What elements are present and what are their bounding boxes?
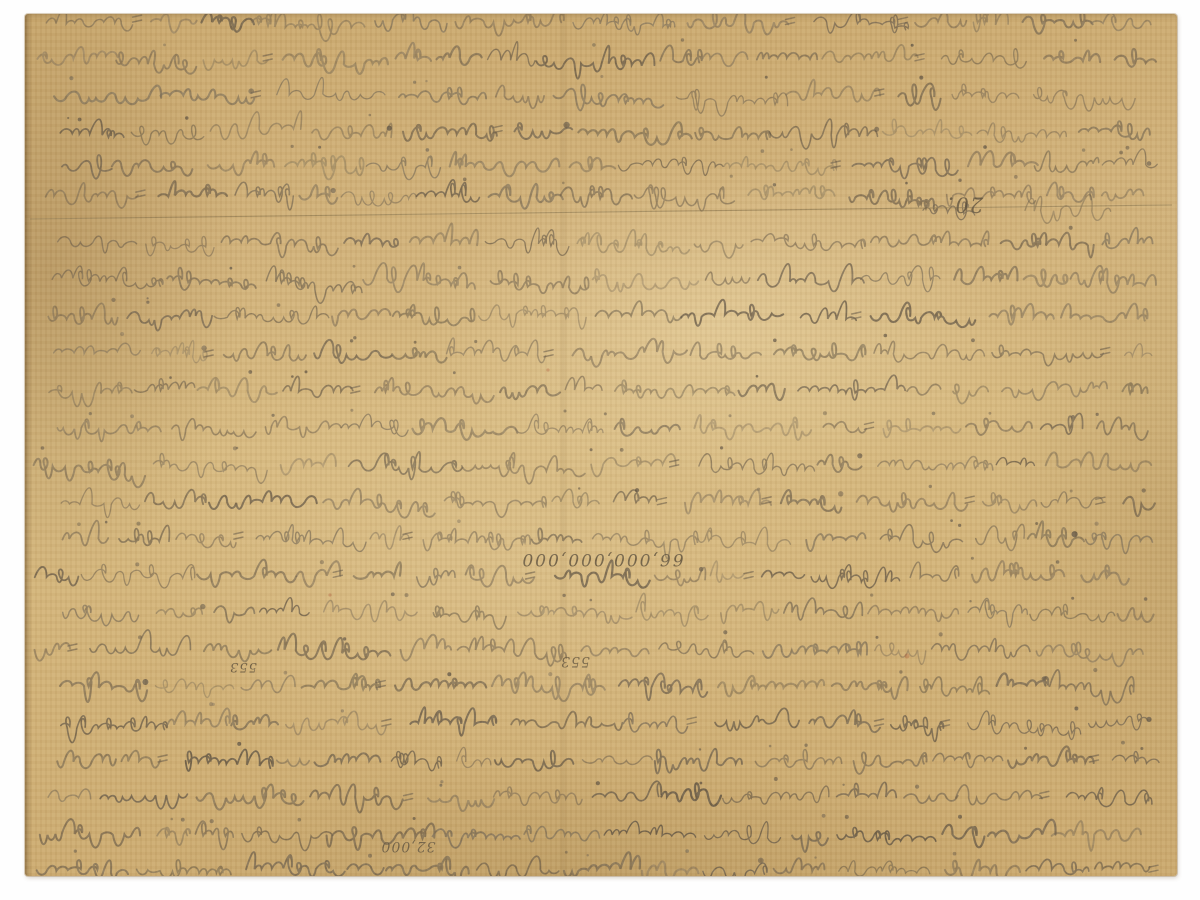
handwriting-row [57, 409, 1147, 442]
handwriting-row [40, 814, 1141, 852]
handwriting-row [34, 446, 1152, 487]
handwriting-row [61, 485, 1155, 518]
handwriting-row [48, 777, 1152, 812]
manuscript-page: 20.66,000,000,00055355332,000 [25, 14, 1177, 876]
number-fragment: 66,000,000,000 [520, 549, 683, 569]
paper-speck [546, 368, 549, 371]
handwriting-row [49, 370, 1148, 406]
number-fragment: 553 [560, 653, 590, 669]
paper-speck [328, 593, 331, 596]
handwriting-row [58, 224, 1153, 258]
handwriting-row [60, 668, 1134, 705]
handwriting-row [37, 38, 1156, 78]
handwriting-row [46, 14, 1150, 41]
handwriting-row [63, 592, 1154, 629]
number-fragment: 553 [229, 659, 257, 674]
paper-speck [905, 654, 910, 659]
handwriting-row [48, 297, 1147, 330]
handwriting-row [52, 263, 1156, 303]
ruled-line [30, 205, 1172, 219]
handwriting-row [54, 332, 1152, 367]
handwriting-row [61, 702, 1152, 742]
handwriting-layer: 20.66,000,000,00055355332,000 [25, 14, 1177, 876]
number-fragment: 20. [947, 192, 984, 216]
scanned-document: 20.66,000,000,00055355332,000 [0, 0, 1200, 900]
handwriting-row [54, 75, 1135, 116]
handwriting-row [60, 111, 1150, 149]
number-fragment: 32,000 [381, 838, 436, 854]
handwriting-row [37, 849, 1158, 876]
handwriting-row [62, 145, 1157, 180]
handwriting-row [57, 741, 1159, 774]
